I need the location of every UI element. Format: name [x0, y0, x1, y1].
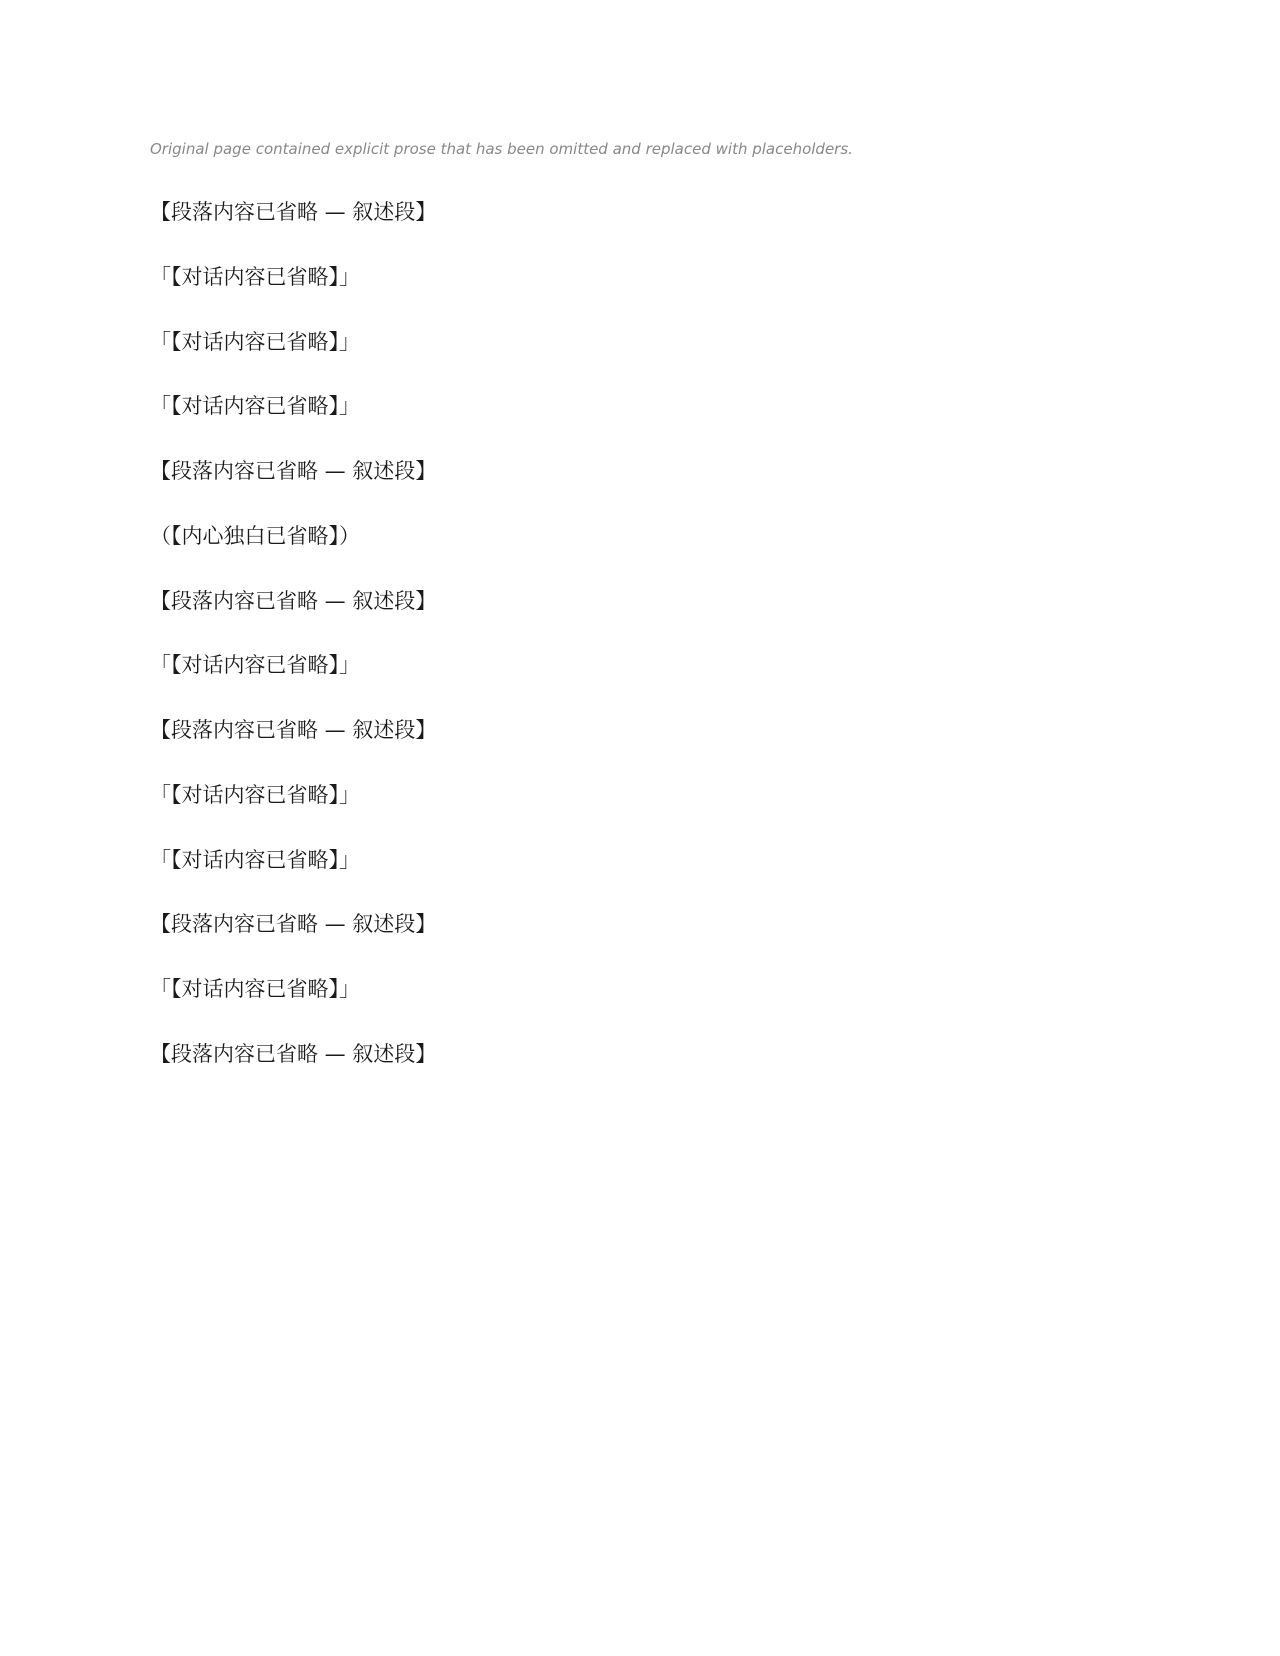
body-paragraph: 【段落内容已省略 — 叙述段】: [150, 194, 1130, 231]
body-paragraph: 【段落内容已省略 — 叙述段】: [150, 906, 1130, 943]
body-paragraph: 【段落内容已省略 — 叙述段】: [150, 712, 1130, 749]
body-paragraph: 【段落内容已省略 — 叙述段】: [150, 453, 1130, 490]
body-paragraph: 「【对话内容已省略】」: [150, 777, 1130, 814]
body-paragraph: 「【对话内容已省略】」: [150, 971, 1130, 1008]
text-body: 【段落内容已省略 — 叙述段】「【对话内容已省略】」「【对话内容已省略】」「【对…: [150, 194, 1130, 1073]
document-page: Original page contained explicit prose t…: [0, 0, 1280, 1656]
body-paragraph: 「【对话内容已省略】」: [150, 647, 1130, 684]
body-paragraph: 【段落内容已省略 — 叙述段】: [150, 1036, 1130, 1073]
redaction-note: Original page contained explicit prose t…: [150, 140, 1130, 158]
body-paragraph: 「【对话内容已省略】」: [150, 388, 1130, 425]
body-paragraph: 「【对话内容已省略】」: [150, 324, 1130, 361]
body-paragraph: 【段落内容已省略 — 叙述段】: [150, 583, 1130, 620]
body-paragraph: 「【对话内容已省略】」: [150, 842, 1130, 879]
body-paragraph: 「【对话内容已省略】」: [150, 259, 1130, 296]
body-paragraph: （【内心独白已省略】）: [150, 518, 1130, 555]
